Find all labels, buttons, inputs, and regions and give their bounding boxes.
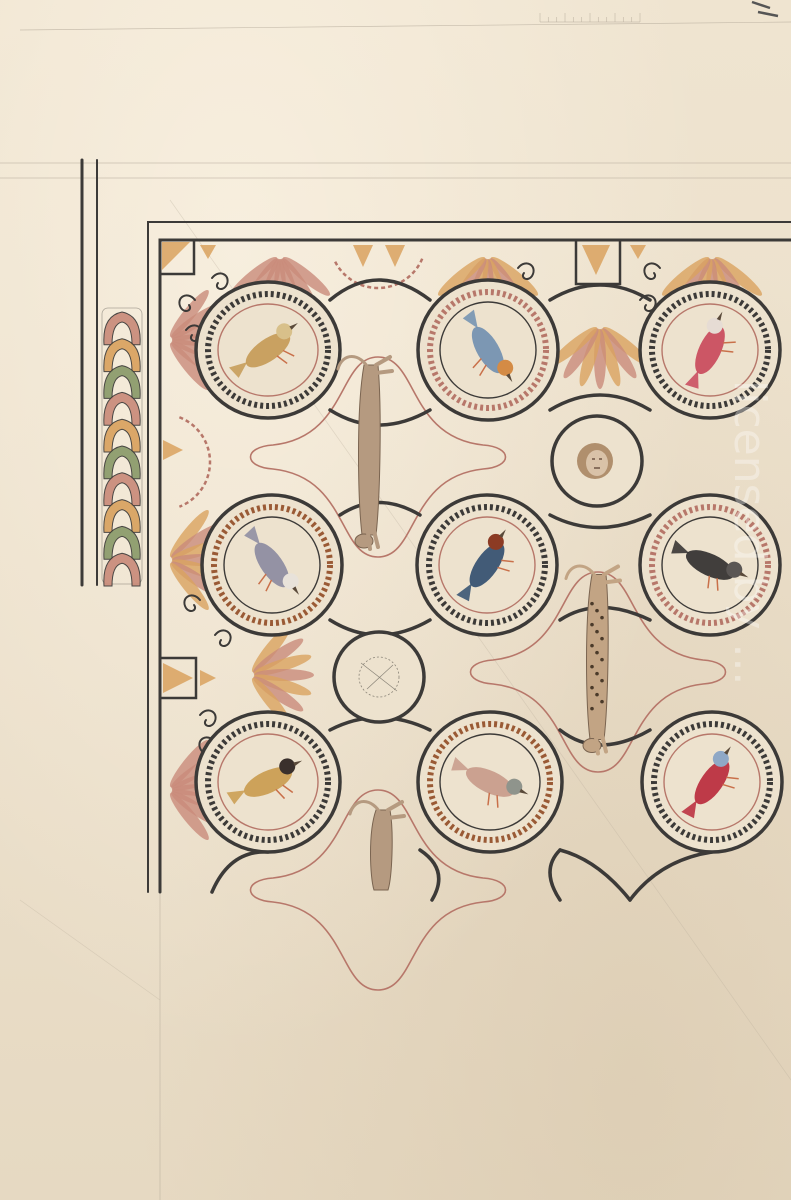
ochre-triangle <box>163 663 193 693</box>
palmette-fan <box>546 323 653 389</box>
leopard-spot <box>595 693 599 697</box>
medallion-m7: bird with dark head and golden body <box>196 712 340 852</box>
ochre-triangle <box>582 245 610 275</box>
animal-body <box>371 810 393 890</box>
leopard-spot <box>600 616 604 620</box>
guide-line <box>20 22 791 30</box>
leopard-spot <box>590 602 594 606</box>
mosaic-design: ochre songbirdblue and orange bird with … <box>0 0 791 1200</box>
leopard-spot <box>590 665 594 669</box>
drawing-sheet: Watercolour design for a Roman mosaic pa… <box>0 0 791 1200</box>
leopard-spot <box>600 658 604 662</box>
lattice-arc <box>330 280 430 300</box>
medallion-m5: blue bird with red head <box>417 495 557 635</box>
leopard-spot <box>590 644 594 648</box>
ochre-triangle <box>200 245 216 259</box>
leopard-spot <box>590 686 594 690</box>
watermark: licensed by ... <box>724 380 775 685</box>
ochre-triangle <box>385 245 405 267</box>
leopard-spot <box>595 672 599 676</box>
roundel-sketch: unfinished pencil sketch of a head <box>334 632 424 722</box>
spiral-scroll <box>212 273 228 289</box>
red-crenellation <box>179 417 210 506</box>
guilloche-braid-border <box>102 308 142 586</box>
leopard-spot <box>600 700 604 704</box>
ochre-triangle <box>163 440 183 460</box>
lattice-arc <box>550 395 650 410</box>
roundel-head: painted head with curly hair <box>552 416 642 506</box>
medallion-m8: pink bird lying on its back <box>418 712 562 852</box>
animal-body <box>359 365 381 535</box>
corner-marks <box>752 2 778 16</box>
ochre-triangle <box>200 670 216 686</box>
ochre-triangle <box>353 245 373 267</box>
leopard-spot <box>595 651 599 655</box>
leopard-spot <box>590 623 594 627</box>
diagonal-guide <box>20 900 160 1000</box>
leopard-spot <box>600 637 604 641</box>
bird-medallions: ochre songbirdblue and orange bird with … <box>196 280 782 852</box>
animal-a3: partial animal at lower edge <box>350 802 404 891</box>
lattice-arc <box>550 515 650 528</box>
lattice-arc <box>630 852 712 900</box>
lattice-arc <box>550 285 650 300</box>
head-face <box>586 450 608 476</box>
leopard-spot <box>595 630 599 634</box>
ochre-triangle <box>630 245 646 259</box>
animal-a2: spotted leopard leaping downward <box>566 566 620 754</box>
medallion-m1: ochre songbird <box>196 282 340 418</box>
medallion-m4: grey and red bird diving <box>202 495 342 635</box>
lattice-arc <box>212 852 268 892</box>
red-crenellation <box>335 259 423 288</box>
medallion-m9: red bird with blue head <box>642 712 782 852</box>
lattice-arc <box>550 850 560 900</box>
lattice-arc <box>560 850 630 900</box>
medallion-m2: blue and orange bird with sprig <box>418 280 558 420</box>
lattice-arc <box>340 503 420 516</box>
leopard-spot <box>590 707 594 711</box>
spiral-scroll <box>644 263 660 279</box>
animal-body <box>587 575 609 740</box>
leopard-spot <box>595 609 599 613</box>
spiral-scroll <box>215 630 231 646</box>
ochre-triangle <box>162 242 190 270</box>
leopard-spot <box>600 679 604 683</box>
watermark-text: licensed by ... <box>724 380 775 685</box>
spiral-scroll <box>200 710 216 726</box>
